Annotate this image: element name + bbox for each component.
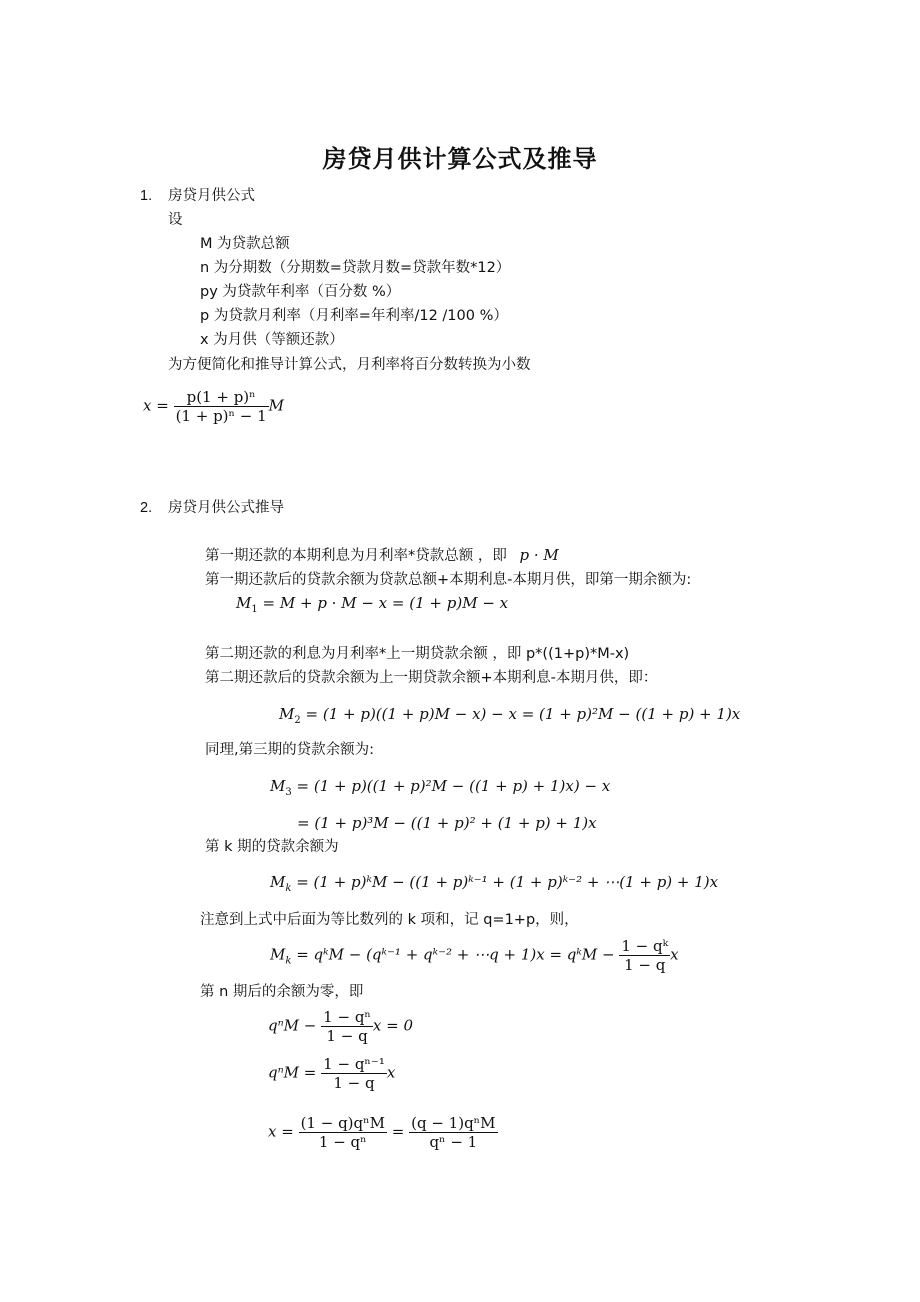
mk2-left: = qᵏM − (qᵏ⁻¹ + qᵏ⁻² + ⋯q + 1)x = qᵏM − xyxy=(296,946,614,964)
m1-rhs: = M + p · M − x = (1 + p)M − x xyxy=(263,594,509,612)
period3-intro: 同理,第三期的贷款余额为: xyxy=(205,740,374,760)
m3-rhs-b: = (1 + p)³M − ((1 + p)² + (1 + p) + 1)x xyxy=(297,814,597,832)
definition-M: M 为贷款总额 xyxy=(200,234,290,254)
eq1-numerator: 1 − qⁿ xyxy=(321,1008,373,1027)
formula-fraction: p(1 + p)ⁿ (1 + p)ⁿ − 1 xyxy=(174,388,269,425)
eq3-fraction-2: (q − 1)qⁿM qⁿ − 1 xyxy=(409,1114,497,1151)
formula-numerator: p(1 + p)ⁿ xyxy=(174,388,269,407)
m3-equation-line1: M3 = (1 + p)((1 + p)²M − ((1 + p) + 1)x)… xyxy=(270,776,610,796)
eq1-fraction: 1 − qⁿ 1 − q xyxy=(321,1008,373,1045)
section-1-heading: 房贷月供公式 xyxy=(168,186,255,206)
document-title: 房贷月供计算公式及推导 xyxy=(0,139,920,174)
let-label: 设 xyxy=(168,210,183,230)
eq1-right: x = 0 xyxy=(373,1017,413,1035)
period1-balance-text: 第一期还款后的贷款余额为贷款总额+本期利息-本期月供，即第一期余额为: xyxy=(205,570,691,590)
period1-interest-label: 第一期还款的本期利息为月利率*贷款总额 ，即 xyxy=(205,548,507,564)
period1-interest-text: 第一期还款的本期利息为月利率*贷款总额 ，即 p · M xyxy=(205,545,559,566)
formula-suffix: M xyxy=(269,397,284,415)
period2-balance-text: 第二期还款后的贷款余额为上一期贷款余额+本期利息-本期月供，即： xyxy=(205,668,657,688)
periodk-intro: 第 k 期的贷款余额为 xyxy=(205,837,339,857)
eq3-denominator-2: qⁿ − 1 xyxy=(409,1133,497,1151)
formula-denominator: (1 + p)ⁿ − 1 xyxy=(174,407,269,425)
period1-interest-math: p · M xyxy=(519,546,558,564)
eq3-equals: = xyxy=(392,1123,405,1141)
conversion-note: 为方便简化和推导计算公式，月利率将百分数转换为小数 xyxy=(168,355,531,375)
eq3-fraction-1: (1 − q)qⁿM 1 − qⁿ xyxy=(299,1114,387,1151)
mk1-rhs: = (1 + p)ᵏM − ((1 + p)ᵏ⁻¹ + (1 + p)ᵏ⁻² +… xyxy=(296,873,718,891)
m3-rhs-a: = (1 + p)((1 + p)²M − ((1 + p) + 1)x) − … xyxy=(297,777,611,795)
section-1-number: 1. xyxy=(140,186,152,206)
section-2-number: 2. xyxy=(140,498,152,518)
mk2-fraction: 1 − qᵏ 1 − q xyxy=(619,937,670,974)
definition-p: p 为贷款月利率（月利率=年利率/12 /100 %） xyxy=(200,306,508,326)
eq2-right: x xyxy=(387,1064,395,1082)
mk2-denominator: 1 − q xyxy=(619,956,670,974)
formula-lhs: x = xyxy=(143,397,169,415)
eq2-fraction: 1 − qⁿ⁻¹ 1 − q xyxy=(321,1055,387,1092)
periodn-intro: 第 n 期后的余额为零，即 xyxy=(200,982,363,1002)
final-payment-equation: x = (1 − q)qⁿM 1 − qⁿ = (q − 1)qⁿM qⁿ − … xyxy=(268,1114,498,1151)
mk2-numerator: 1 − qᵏ xyxy=(619,937,670,956)
m1-equation: M1 = M + p · M − x = (1 + p)M − x xyxy=(236,593,508,613)
mk-equation-2: Mk = qᵏM − (qᵏ⁻¹ + qᵏ⁻² + ⋯q + 1)x = qᵏM… xyxy=(270,937,679,974)
eq1-left: qⁿM − xyxy=(268,1017,316,1035)
m2-rhs: = (1 + p)((1 + p)M − x) − x = (1 + p)²M … xyxy=(306,705,741,723)
rearranged-equation: qⁿM = 1 − qⁿ⁻¹ 1 − q x xyxy=(268,1055,395,1092)
period2-interest-text: 第二期还款的利息为月利率*上一期贷款余额 ，即 p*((1+p)*M-x) xyxy=(205,644,629,664)
section-2-heading: 房贷月供公式推导 xyxy=(168,498,284,518)
mk-equation-1: Mk = (1 + p)ᵏM − ((1 + p)ᵏ⁻¹ + (1 + p)ᵏ⁻… xyxy=(270,872,718,892)
m2-equation: M2 = (1 + p)((1 + p)M − x) − x = (1 + p)… xyxy=(279,704,740,724)
eq3-numerator-1: (1 − q)qⁿM xyxy=(299,1114,387,1133)
eq2-numerator: 1 − qⁿ⁻¹ xyxy=(321,1055,387,1074)
m3-equation-line2: = (1 + p)³M − ((1 + p)² + (1 + p) + 1)x xyxy=(297,813,597,833)
eq2-left: qⁿM = xyxy=(268,1064,316,1082)
geometric-series-note: 注意到上式中后面为等比数列的 k 项和，记 q=1+p，则， xyxy=(200,910,579,930)
zero-balance-equation: qⁿM − 1 − qⁿ 1 − q x = 0 xyxy=(268,1008,413,1045)
eq2-denominator: 1 − q xyxy=(321,1074,387,1092)
definition-py: py 为贷款年利率（百分数 %） xyxy=(200,282,400,302)
definition-x: x 为月供（等额还款） xyxy=(200,330,344,350)
eq3-denominator-1: 1 − qⁿ xyxy=(299,1133,387,1151)
definition-n: n 为分期数（分期数=贷款月数=贷款年数*12） xyxy=(200,258,510,278)
eq3-left: x = xyxy=(268,1123,294,1141)
monthly-payment-formula: x = p(1 + p)ⁿ (1 + p)ⁿ − 1 M xyxy=(143,388,284,425)
eq3-numerator-2: (q − 1)qⁿM xyxy=(409,1114,497,1133)
eq1-denominator: 1 − q xyxy=(321,1027,373,1045)
